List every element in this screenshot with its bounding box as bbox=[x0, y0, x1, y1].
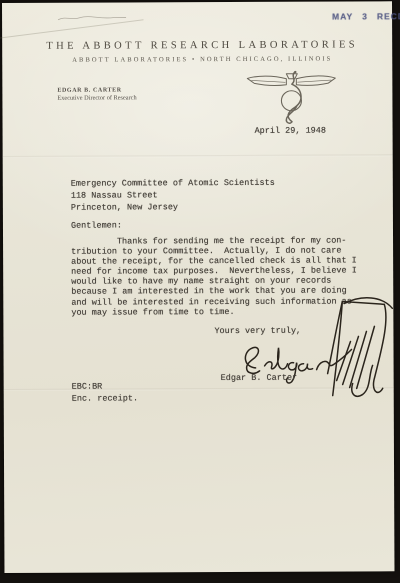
officer-title: Executive Director of Research bbox=[57, 94, 136, 101]
salutation: Gentlemen: bbox=[71, 220, 122, 230]
winged-serpent-emblem-icon bbox=[245, 70, 337, 128]
fold-crease-upper bbox=[3, 154, 393, 158]
received-stamp: MAY 3 RECD bbox=[332, 11, 400, 21]
typed-sender-name: Edgar B. Carter bbox=[221, 373, 298, 383]
stamp-month: MAY bbox=[332, 11, 353, 21]
enclosure-note: Enc. receipt. bbox=[72, 393, 138, 403]
reference-initials: EBC:BR bbox=[72, 382, 103, 392]
letter-sheet: MAY 3 RECD THE ABBOTT RESEARCH LABORATOR… bbox=[2, 1, 394, 573]
stamp-label: RECD bbox=[377, 11, 400, 21]
letterhead-subtitle: ABBOTT LABORATORIES • NORTH CHICAGO, ILL… bbox=[30, 55, 374, 64]
stamp-day: 3 bbox=[362, 11, 368, 21]
officer-block: EDGAR B. CARTER Executive Director of Re… bbox=[57, 87, 136, 101]
date-line: April 29, 1948 bbox=[255, 126, 326, 136]
handwritten-signature bbox=[231, 287, 400, 410]
recipient-address: Emergency Committee of Atomic Scientists… bbox=[71, 177, 275, 214]
letterhead-title: THE ABBOTT RESEARCH LABORATORIES bbox=[30, 39, 374, 52]
pencil-mark bbox=[56, 11, 128, 23]
officer-name: EDGAR B. CARTER bbox=[57, 87, 136, 93]
